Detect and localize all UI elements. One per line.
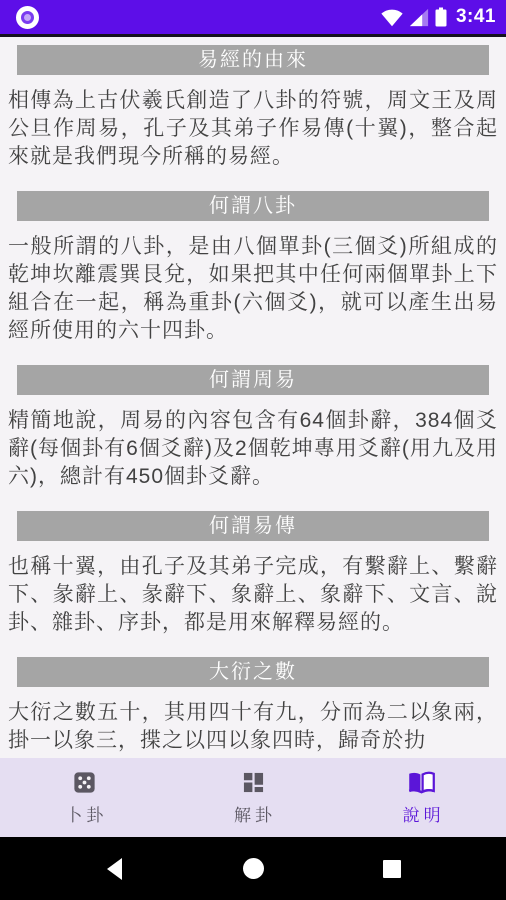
section-title: 何謂周易 [17, 365, 489, 395]
phone-screen: 3:41 易經的由來 相傳為上古伏羲氏創造了八卦的符號，周文王及周公旦作周易，孔… [0, 0, 506, 900]
section-text: 精簡地說，周易的內容包含有64個卦辭，384個爻辭(每個卦有6個爻辭)及2個乾坤… [8, 407, 498, 491]
status-clock: 3:41 [456, 6, 496, 28]
section-what-is-zhouyi: 何謂周易 精簡地說，周易的內容包含有64個卦辭，384個爻辭(每個卦有6個爻辭)… [0, 365, 506, 491]
tab-label: 說明 [399, 801, 445, 826]
recents-icon [383, 860, 401, 878]
section-title: 大衍之數 [17, 657, 489, 687]
back-icon [107, 858, 122, 880]
tab-divination[interactable]: 卜卦 [0, 769, 169, 826]
section-text: 相傳為上古伏羲氏創造了八卦的符號，周文王及周公旦作周易，孔子及其弟子作易傳(十翼… [8, 87, 498, 171]
wifi-icon [381, 8, 403, 27]
dashboard-icon [240, 769, 267, 796]
section-title: 何謂八卦 [17, 191, 489, 221]
section-text: 也稱十翼，由孔子及其弟子完成，有繫辭上、繫辭下、彖辭上、彖辭下、象辭上、象辭下、… [8, 553, 498, 637]
section-title: 何謂易傳 [17, 511, 489, 541]
android-nav-bar [0, 837, 506, 900]
section-dayan-number: 大衍之數 大衍之數五十，其用四十有九，分而為二以象兩，掛一以象三，揲之以四以象四… [0, 657, 506, 755]
section-text: 大衍之數五十，其用四十有九，分而為二以象兩，掛一以象三，揲之以四以象四時，歸奇於… [8, 699, 498, 755]
section-title: 易經的由來 [17, 45, 489, 75]
tab-label: 解卦 [230, 801, 276, 826]
section-text: 一般所謂的八卦，是由八個單卦(三個爻)所組成的乾坤坎離震巽艮兌，如果把其中任何兩… [8, 233, 498, 345]
cellular-signal-icon [409, 8, 429, 27]
tab-interpretation[interactable]: 解卦 [169, 769, 338, 826]
battery-icon [435, 7, 447, 27]
tab-label: 卜卦 [61, 801, 107, 826]
bottom-tab-bar: 卜卦 解卦 說明 [0, 758, 506, 837]
recents-button[interactable] [380, 857, 404, 881]
open-book-icon [407, 769, 436, 796]
app-notification-icon [16, 6, 39, 29]
section-what-is-yizhuan: 何謂易傳 也稱十翼，由孔子及其弟子完成，有繫辭上、繫辭下、彖辭上、彖辭下、象辭上… [0, 511, 506, 637]
section-yijing-origin: 易經的由來 相傳為上古伏羲氏創造了八卦的符號，周文王及周公旦作周易，孔子及其弟子… [0, 45, 506, 171]
home-icon [243, 858, 264, 879]
help-content-scroll[interactable]: 易經的由來 相傳為上古伏羲氏創造了八卦的符號，周文王及周公旦作周易，孔子及其弟子… [0, 37, 506, 758]
section-what-is-bagua: 何謂八卦 一般所謂的八卦，是由八個單卦(三個爻)所組成的乾坤坎離震巽艮兌，如果把… [0, 191, 506, 345]
back-button[interactable] [102, 857, 126, 881]
home-button[interactable] [241, 857, 265, 881]
dice-icon [71, 769, 98, 796]
status-bar: 3:41 [0, 0, 506, 34]
tab-help[interactable]: 說明 [337, 769, 506, 826]
